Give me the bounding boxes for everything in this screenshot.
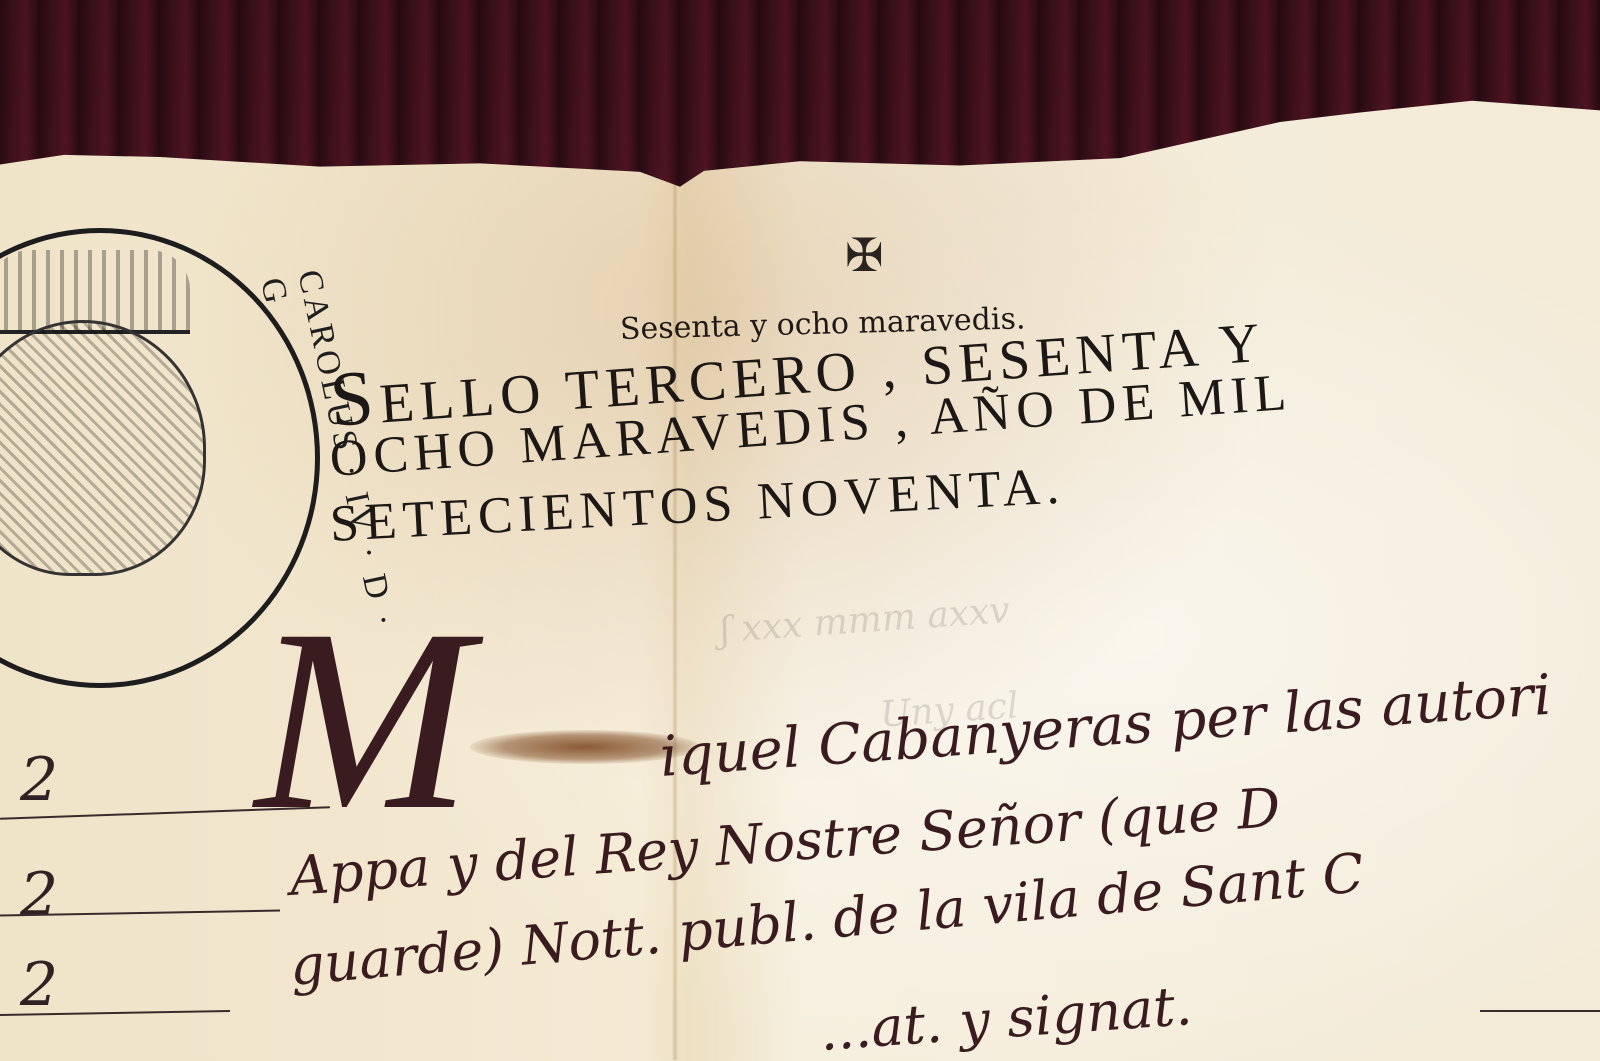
margin-mark: 2 [20,950,58,1020]
margin-mark: 2 [20,860,58,930]
handwritten-line-4: ...at. y signat. [818,974,1194,1061]
bleed-through-text: ʃ xxx mmm axxv [719,590,1011,651]
margin-rule [1480,1010,1600,1012]
handwritten-line-1: iquel Cabanyeras per las autori [658,663,1554,790]
cross-icon: ✠ [845,228,884,282]
handwritten-initial: M [255,590,472,850]
margin-mark: 2 [20,745,58,815]
